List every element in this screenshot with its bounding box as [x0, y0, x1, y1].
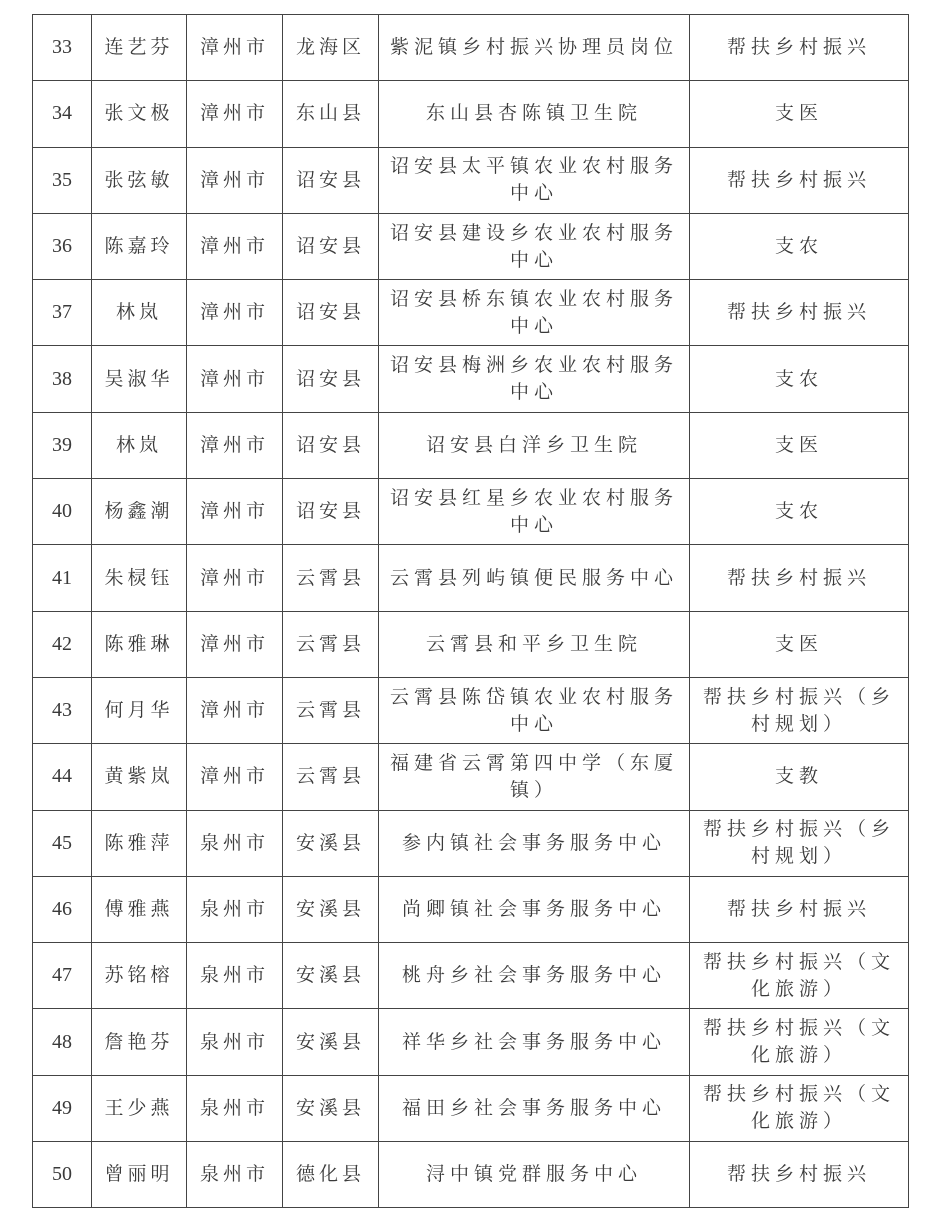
cell-county: 东山县: [283, 81, 379, 147]
cell-name: 连艺芬: [92, 15, 187, 81]
table-row: 35张弦敏漳州市诏安县诏安县太平镇农业农村服务中心帮扶乡村振兴: [33, 147, 909, 213]
cell-organization: 诏安县白洋乡卫生院: [379, 412, 690, 478]
table-row: 43何月华漳州市云霄县云霄县陈岱镇农业农村服务中心帮扶乡村振兴（乡村规划）: [33, 677, 909, 743]
cell-number: 42: [33, 611, 92, 677]
cell-service-type: 帮扶乡村振兴（文化旅游）: [690, 1009, 909, 1075]
cell-county: 诏安县: [283, 479, 379, 545]
cell-service-type: 帮扶乡村振兴: [690, 147, 909, 213]
cell-service-type: 支医: [690, 81, 909, 147]
cell-county: 云霄县: [283, 611, 379, 677]
cell-number: 41: [33, 545, 92, 611]
cell-service-type: 帮扶乡村振兴: [690, 876, 909, 942]
cell-organization: 诏安县桥东镇农业农村服务中心: [379, 280, 690, 346]
cell-name: 陈雅萍: [92, 810, 187, 876]
table-row: 33连艺芬漳州市龙海区紫泥镇乡村振兴协理员岗位帮扶乡村振兴: [33, 15, 909, 81]
table-row: 48詹艳芬泉州市安溪县祥华乡社会事务服务中心帮扶乡村振兴（文化旅游）: [33, 1009, 909, 1075]
table-row: 44黄紫岚漳州市云霄县福建省云霄第四中学（东厦镇）支教: [33, 744, 909, 810]
cell-county: 安溪县: [283, 876, 379, 942]
cell-name: 杨鑫潮: [92, 479, 187, 545]
cell-number: 38: [33, 346, 92, 412]
cell-name: 朱棂钰: [92, 545, 187, 611]
cell-number: 34: [33, 81, 92, 147]
cell-name: 张弦敏: [92, 147, 187, 213]
roster-table: 33连艺芬漳州市龙海区紫泥镇乡村振兴协理员岗位帮扶乡村振兴 34张文极漳州市东山…: [32, 14, 909, 1208]
cell-county: 诏安县: [283, 412, 379, 478]
cell-city: 漳州市: [187, 15, 283, 81]
cell-number: 33: [33, 15, 92, 81]
cell-name: 黄紫岚: [92, 744, 187, 810]
cell-organization: 诏安县建设乡农业农村服务中心: [379, 213, 690, 279]
cell-name: 王少燕: [92, 1075, 187, 1141]
table-row: 49王少燕泉州市安溪县福田乡社会事务服务中心帮扶乡村振兴（文化旅游）: [33, 1075, 909, 1141]
cell-number: 47: [33, 943, 92, 1009]
cell-county: 云霄县: [283, 677, 379, 743]
cell-service-type: 支医: [690, 611, 909, 677]
cell-name: 张文极: [92, 81, 187, 147]
table-row: 38吴淑华漳州市诏安县诏安县梅洲乡农业农村服务中心支农: [33, 346, 909, 412]
table-row: 50曾丽明泉州市德化县浔中镇党群服务中心帮扶乡村振兴: [33, 1142, 909, 1208]
cell-city: 漳州市: [187, 213, 283, 279]
cell-name: 陈雅琳: [92, 611, 187, 677]
cell-number: 46: [33, 876, 92, 942]
cell-name: 吴淑华: [92, 346, 187, 412]
cell-number: 43: [33, 677, 92, 743]
cell-service-type: 支农: [690, 213, 909, 279]
cell-organization: 诏安县红星乡农业农村服务中心: [379, 479, 690, 545]
cell-county: 诏安县: [283, 280, 379, 346]
cell-county: 云霄县: [283, 545, 379, 611]
cell-name: 陈嘉玲: [92, 213, 187, 279]
cell-service-type: 帮扶乡村振兴（乡村规划）: [690, 677, 909, 743]
cell-city: 漳州市: [187, 346, 283, 412]
cell-organization: 福田乡社会事务服务中心: [379, 1075, 690, 1141]
table-row: 36陈嘉玲漳州市诏安县诏安县建设乡农业农村服务中心支农: [33, 213, 909, 279]
cell-organization: 福建省云霄第四中学（东厦镇）: [379, 744, 690, 810]
cell-service-type: 支农: [690, 346, 909, 412]
cell-number: 39: [33, 412, 92, 478]
cell-organization: 桃舟乡社会事务服务中心: [379, 943, 690, 1009]
cell-name: 詹艳芬: [92, 1009, 187, 1075]
cell-service-type: 支农: [690, 479, 909, 545]
cell-service-type: 支医: [690, 412, 909, 478]
cell-name: 曾丽明: [92, 1142, 187, 1208]
cell-number: 44: [33, 744, 92, 810]
table-row: 41朱棂钰漳州市云霄县云霄县列屿镇便民服务中心帮扶乡村振兴: [33, 545, 909, 611]
cell-organization: 尚卿镇社会事务服务中心: [379, 876, 690, 942]
cell-county: 德化县: [283, 1142, 379, 1208]
table-row: 47苏铭榕泉州市安溪县桃舟乡社会事务服务中心帮扶乡村振兴（文化旅游）: [33, 943, 909, 1009]
cell-service-type: 帮扶乡村振兴: [690, 280, 909, 346]
cell-service-type: 帮扶乡村振兴（乡村规划）: [690, 810, 909, 876]
cell-service-type: 帮扶乡村振兴（文化旅游）: [690, 1075, 909, 1141]
cell-service-type: 支教: [690, 744, 909, 810]
cell-city: 漳州市: [187, 412, 283, 478]
cell-county: 云霄县: [283, 744, 379, 810]
cell-county: 龙海区: [283, 15, 379, 81]
cell-county: 诏安县: [283, 213, 379, 279]
cell-service-type: 帮扶乡村振兴: [690, 15, 909, 81]
cell-number: 40: [33, 479, 92, 545]
cell-city: 漳州市: [187, 147, 283, 213]
cell-city: 漳州市: [187, 479, 283, 545]
cell-name: 傅雅燕: [92, 876, 187, 942]
cell-city: 漳州市: [187, 677, 283, 743]
cell-number: 36: [33, 213, 92, 279]
cell-city: 漳州市: [187, 744, 283, 810]
cell-service-type: 帮扶乡村振兴: [690, 1142, 909, 1208]
cell-city: 泉州市: [187, 1009, 283, 1075]
cell-organization: 云霄县和平乡卫生院: [379, 611, 690, 677]
cell-city: 漳州市: [187, 545, 283, 611]
cell-county: 安溪县: [283, 1009, 379, 1075]
table-row: 34张文极漳州市东山县东山县杏陈镇卫生院支医: [33, 81, 909, 147]
cell-city: 泉州市: [187, 810, 283, 876]
cell-city: 泉州市: [187, 1075, 283, 1141]
cell-number: 50: [33, 1142, 92, 1208]
cell-service-type: 帮扶乡村振兴（文化旅游）: [690, 943, 909, 1009]
cell-city: 漳州市: [187, 611, 283, 677]
cell-city: 漳州市: [187, 81, 283, 147]
cell-county: 诏安县: [283, 147, 379, 213]
cell-number: 37: [33, 280, 92, 346]
cell-city: 泉州市: [187, 1142, 283, 1208]
cell-organization: 东山县杏陈镇卫生院: [379, 81, 690, 147]
cell-county: 诏安县: [283, 346, 379, 412]
cell-organization: 诏安县梅洲乡农业农村服务中心: [379, 346, 690, 412]
cell-county: 安溪县: [283, 810, 379, 876]
cell-county: 安溪县: [283, 943, 379, 1009]
cell-city: 泉州市: [187, 943, 283, 1009]
table-row: 42陈雅琳漳州市云霄县云霄县和平乡卫生院支医: [33, 611, 909, 677]
cell-organization: 紫泥镇乡村振兴协理员岗位: [379, 15, 690, 81]
cell-number: 48: [33, 1009, 92, 1075]
cell-name: 林岚: [92, 280, 187, 346]
cell-organization: 参内镇社会事务服务中心: [379, 810, 690, 876]
cell-name: 林岚: [92, 412, 187, 478]
cell-county: 安溪县: [283, 1075, 379, 1141]
cell-organization: 诏安县太平镇农业农村服务中心: [379, 147, 690, 213]
roster-table-body: 33连艺芬漳州市龙海区紫泥镇乡村振兴协理员岗位帮扶乡村振兴 34张文极漳州市东山…: [33, 15, 909, 1208]
cell-organization: 浔中镇党群服务中心: [379, 1142, 690, 1208]
cell-city: 漳州市: [187, 280, 283, 346]
cell-name: 何月华: [92, 677, 187, 743]
table-row: 39林岚漳州市诏安县诏安县白洋乡卫生院支医: [33, 412, 909, 478]
cell-service-type: 帮扶乡村振兴: [690, 545, 909, 611]
cell-city: 泉州市: [187, 876, 283, 942]
cell-number: 35: [33, 147, 92, 213]
cell-organization: 云霄县陈岱镇农业农村服务中心: [379, 677, 690, 743]
cell-number: 45: [33, 810, 92, 876]
cell-name: 苏铭榕: [92, 943, 187, 1009]
table-row: 40杨鑫潮漳州市诏安县诏安县红星乡农业农村服务中心支农: [33, 479, 909, 545]
table-row: 45陈雅萍泉州市安溪县参内镇社会事务服务中心帮扶乡村振兴（乡村规划）: [33, 810, 909, 876]
cell-organization: 祥华乡社会事务服务中心: [379, 1009, 690, 1075]
table-row: 37林岚漳州市诏安县诏安县桥东镇农业农村服务中心帮扶乡村振兴: [33, 280, 909, 346]
cell-organization: 云霄县列屿镇便民服务中心: [379, 545, 690, 611]
table-row: 46傅雅燕泉州市安溪县尚卿镇社会事务服务中心帮扶乡村振兴: [33, 876, 909, 942]
cell-number: 49: [33, 1075, 92, 1141]
